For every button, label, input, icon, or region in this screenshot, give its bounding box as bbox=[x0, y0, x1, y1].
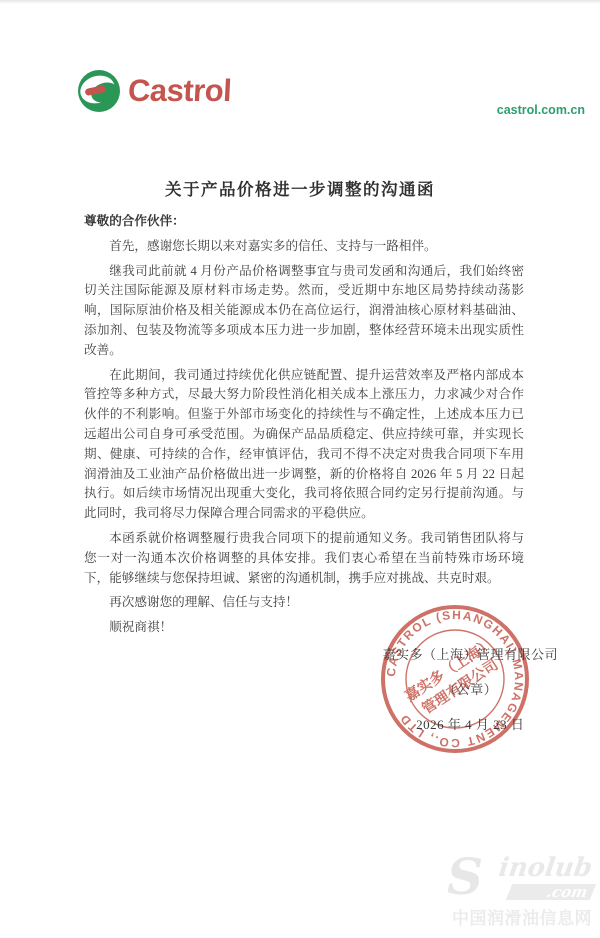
watermark-inolub-text: inolub bbox=[497, 853, 594, 883]
sinolub-watermark: S inolub .com 中国润滑油信息网 bbox=[447, 853, 597, 933]
salutation: 尊敬的合作伙伴： bbox=[84, 212, 524, 232]
paragraph-3: 在此期间，我司通过持续优化供应链配置、提升运营效率及严格内部成本管控等多种方式，… bbox=[84, 366, 524, 524]
paragraph-4: 本函系就价格调整履行贵我合同项下的提前通知义务。我司销售团队将与您一对一沟通本次… bbox=[84, 529, 524, 588]
signature-date: 2026 年 4 月 23 日 bbox=[382, 714, 558, 733]
watermark-caption: 中国润滑油信息网 bbox=[447, 904, 597, 929]
paragraph-1: 首先，感谢您长期以来对嘉实多的信任、支持与一路相伴。 bbox=[84, 237, 524, 257]
letter-page: Castrol castrol.com.cn 关于产品价格进一步调整的沟通函 尊… bbox=[0, 0, 600, 938]
letter-title: 关于产品价格进一步调整的沟通函 bbox=[0, 176, 600, 200]
watermark-s-glyph: S bbox=[447, 847, 483, 906]
castrol-wordmark: Castrol bbox=[127, 73, 232, 109]
website-text: castrol.com.cn bbox=[497, 103, 585, 117]
castrol-logo: Castrol bbox=[78, 70, 231, 112]
watermark-com-band: .com bbox=[506, 884, 596, 900]
signature-company: 嘉实多（上海）管理有限公司 bbox=[382, 644, 558, 663]
watermark-com-text: .com bbox=[545, 883, 589, 901]
castrol-logo-icon bbox=[78, 70, 120, 112]
paragraph-2: 继我司此前就 4 月份产品价格调整事宜与贵司发函和沟通后，我们始终密切关注国际能… bbox=[84, 262, 524, 361]
signature-seal-note: （公章） bbox=[382, 679, 558, 698]
letter-body: 尊敬的合作伙伴： 首先，感谢您长期以来对嘉实多的信任、支持与一路相伴。 继我司此… bbox=[84, 212, 524, 643]
signature-block: 嘉实多（上海）管理有限公司 （公章） 2026 年 4 月 23 日 bbox=[382, 644, 558, 749]
page-top-edge bbox=[0, 0, 600, 4]
